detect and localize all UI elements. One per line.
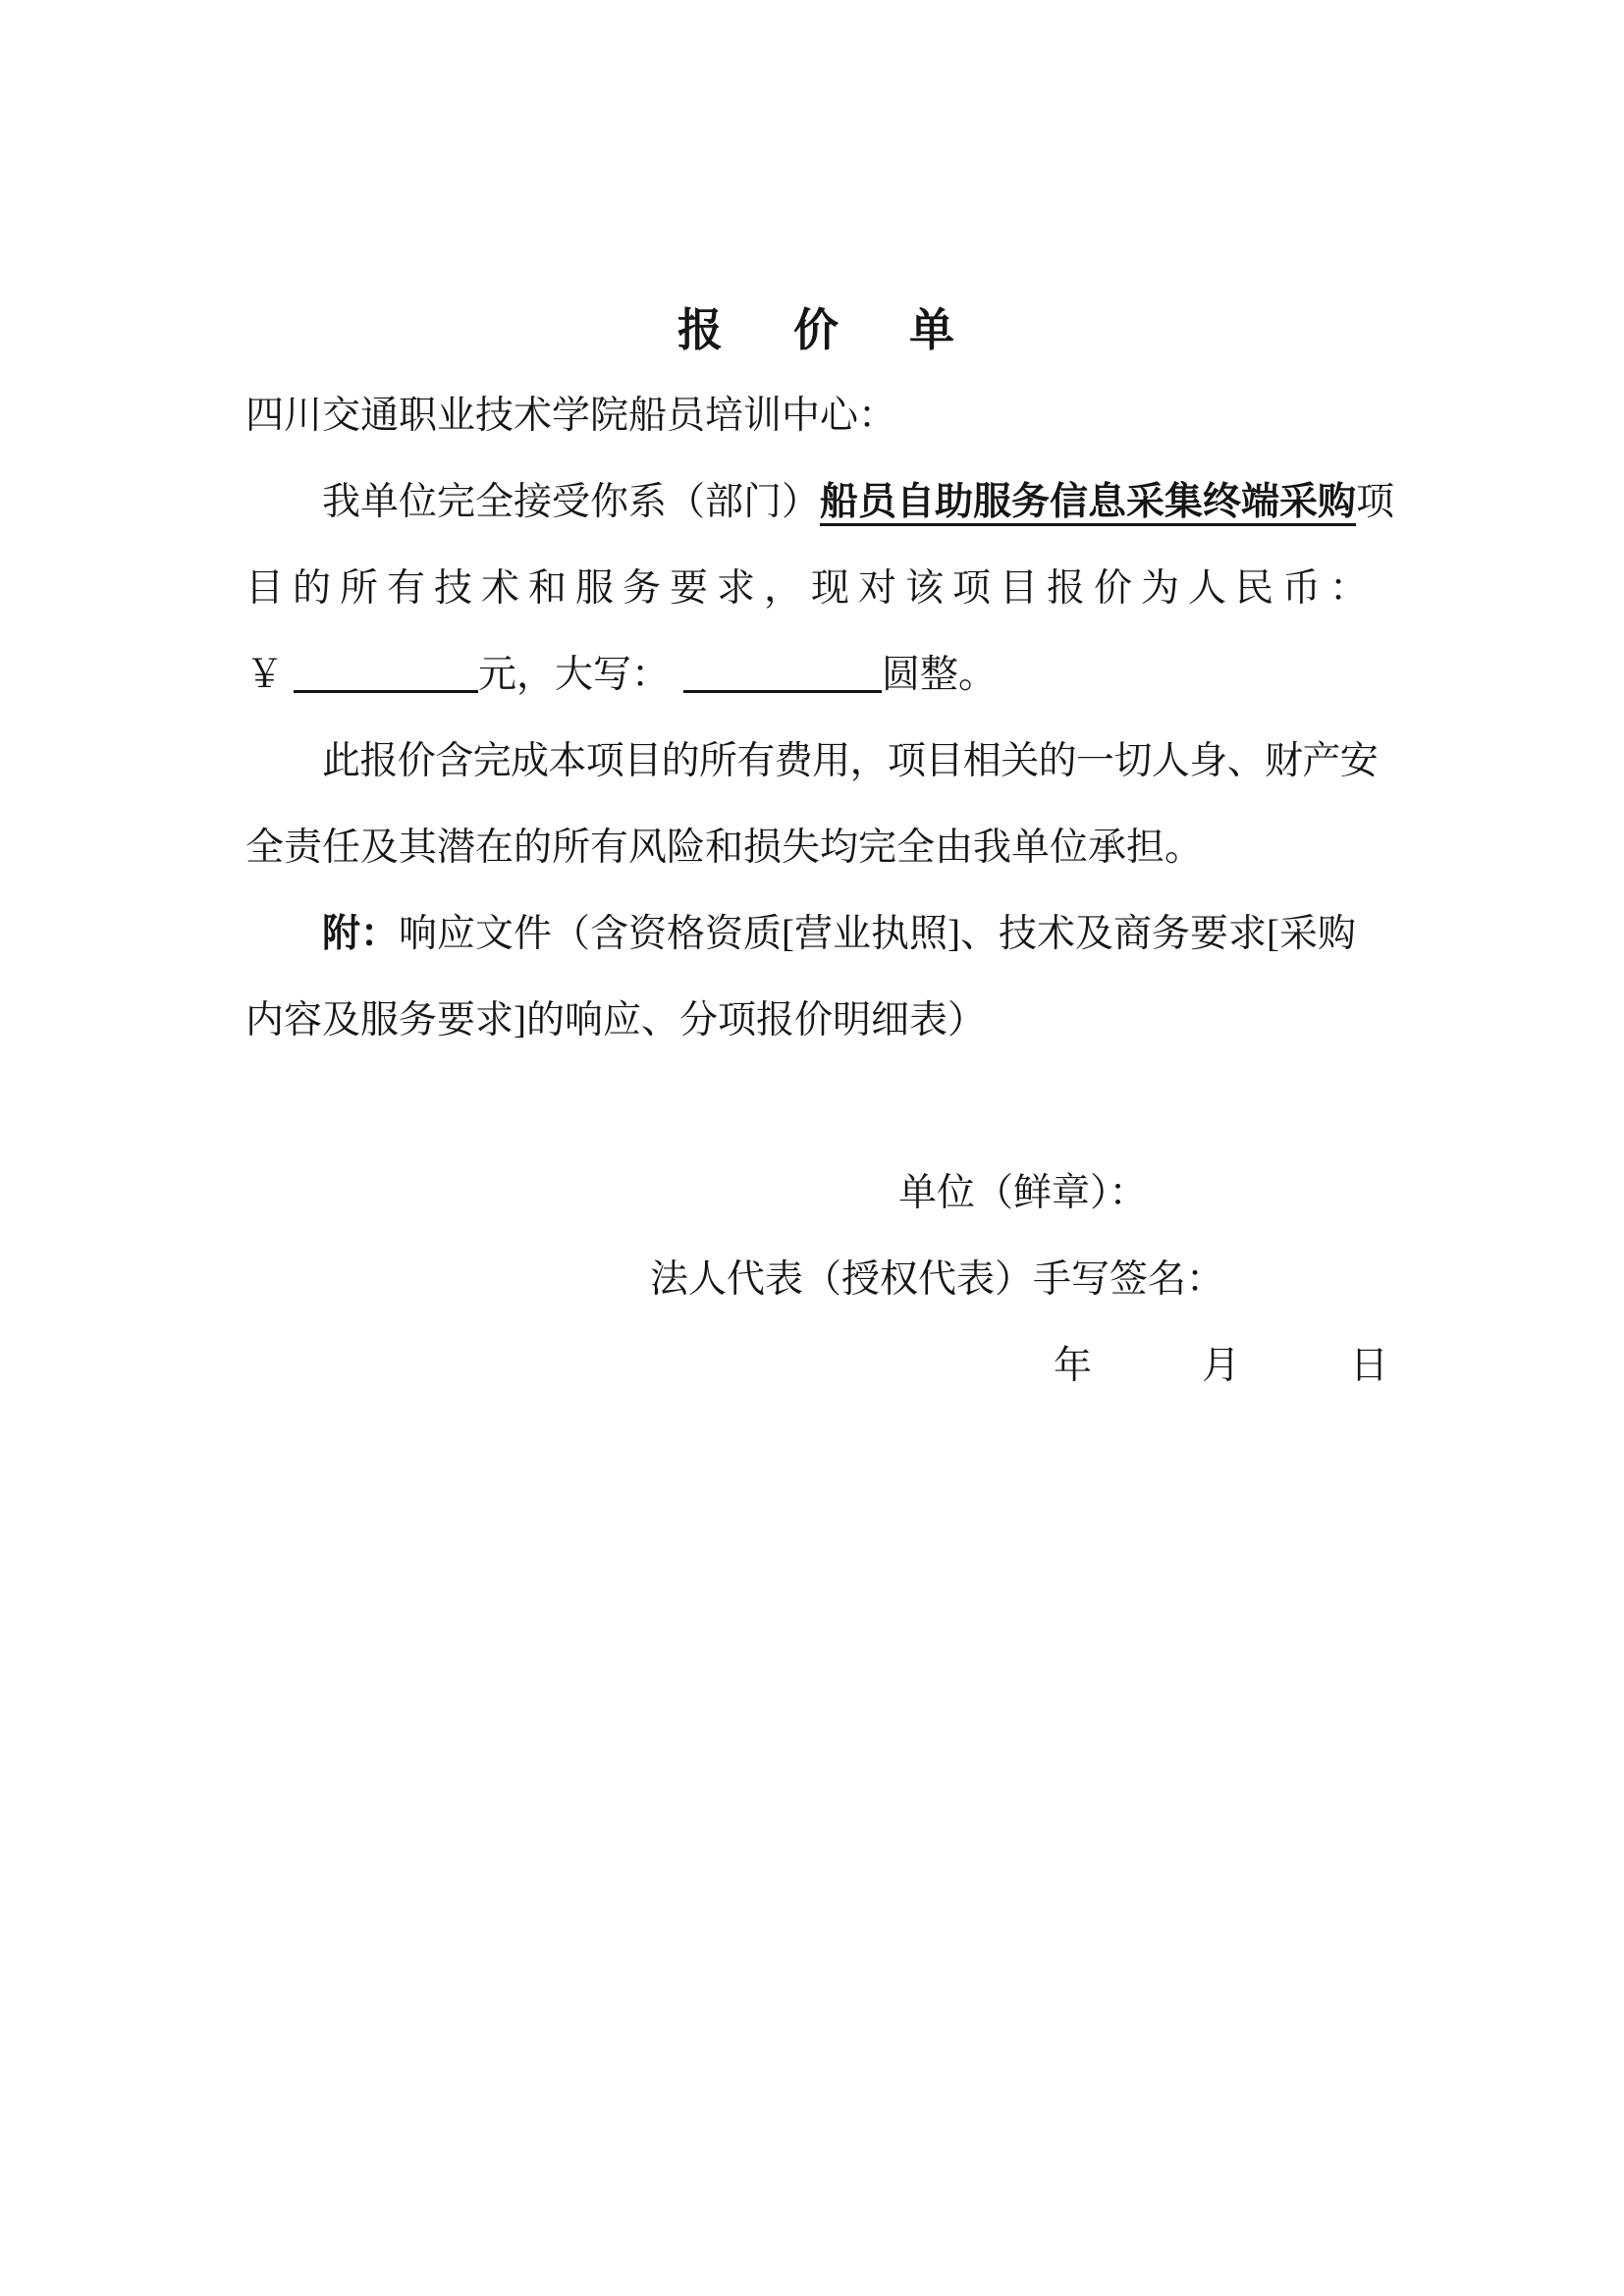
signature-unit-seal-line: 单位（鲜章）： — [245, 1150, 1379, 1237]
price-suffix-label: 圆整。 — [882, 654, 997, 696]
attachment-line-1-text: 响应文件（含资格资质[营业执照]、技术及商务要求[采购 — [399, 913, 1356, 955]
recipient-line: 四川交通职业技术学院船员培训中心： — [245, 373, 1379, 459]
project-name: 船员自助服务信息采集终端采购 — [820, 481, 1356, 523]
price-in-words-blank[interactable] — [683, 651, 882, 693]
acceptance-line-1-prefix: 我单位完全接受你系（部门） — [322, 481, 820, 523]
signature-date-line: 年月日 — [245, 1323, 1379, 1410]
page-title: 报价单 — [245, 287, 1379, 373]
attachment-label: 附： — [322, 913, 399, 955]
date-year-label: 年 — [1054, 1345, 1092, 1387]
price-unit-and-capital-label: 元，大写： — [478, 654, 670, 696]
signature-legal-rep-line: 法人代表（授权代表）手写签名： — [245, 1237, 1379, 1323]
currency-symbol: ￥ — [245, 654, 284, 696]
acceptance-line-1-suffix: 项 — [1356, 481, 1394, 523]
acceptance-line-1: 我单位完全接受你系（部门）船员自助服务信息采集终端采购项 — [245, 459, 1379, 546]
date-day-label: 日 — [1350, 1345, 1388, 1387]
price-line: ￥元，大写：圆整。 — [245, 632, 1379, 719]
acceptance-line-2: 目的所有技术和服务要求，现对该项目报价为人民币： — [245, 546, 1379, 632]
quotation-document-page: 报价单 四川交通职业技术学院船员培训中心： 我单位完全接受你系（部门）船员自助服… — [0, 0, 1624, 2296]
attachment-line-1: 附：响应文件（含资格资质[营业执照]、技术及商务要求[采购 — [245, 891, 1379, 978]
liability-line-1: 此报价含完成本项目的所有费用，项目相关的一切人身、财产安 — [245, 719, 1379, 805]
liability-line-2: 全责任及其潜在的所有风险和损失均完全由我单位承担。 — [245, 805, 1379, 891]
date-month-label: 月 — [1202, 1345, 1240, 1387]
price-amount-blank[interactable] — [294, 651, 478, 693]
blank-line — [245, 1064, 1379, 1150]
attachment-line-2: 内容及服务要求]的响应、分项报价明细表） — [245, 978, 1379, 1064]
